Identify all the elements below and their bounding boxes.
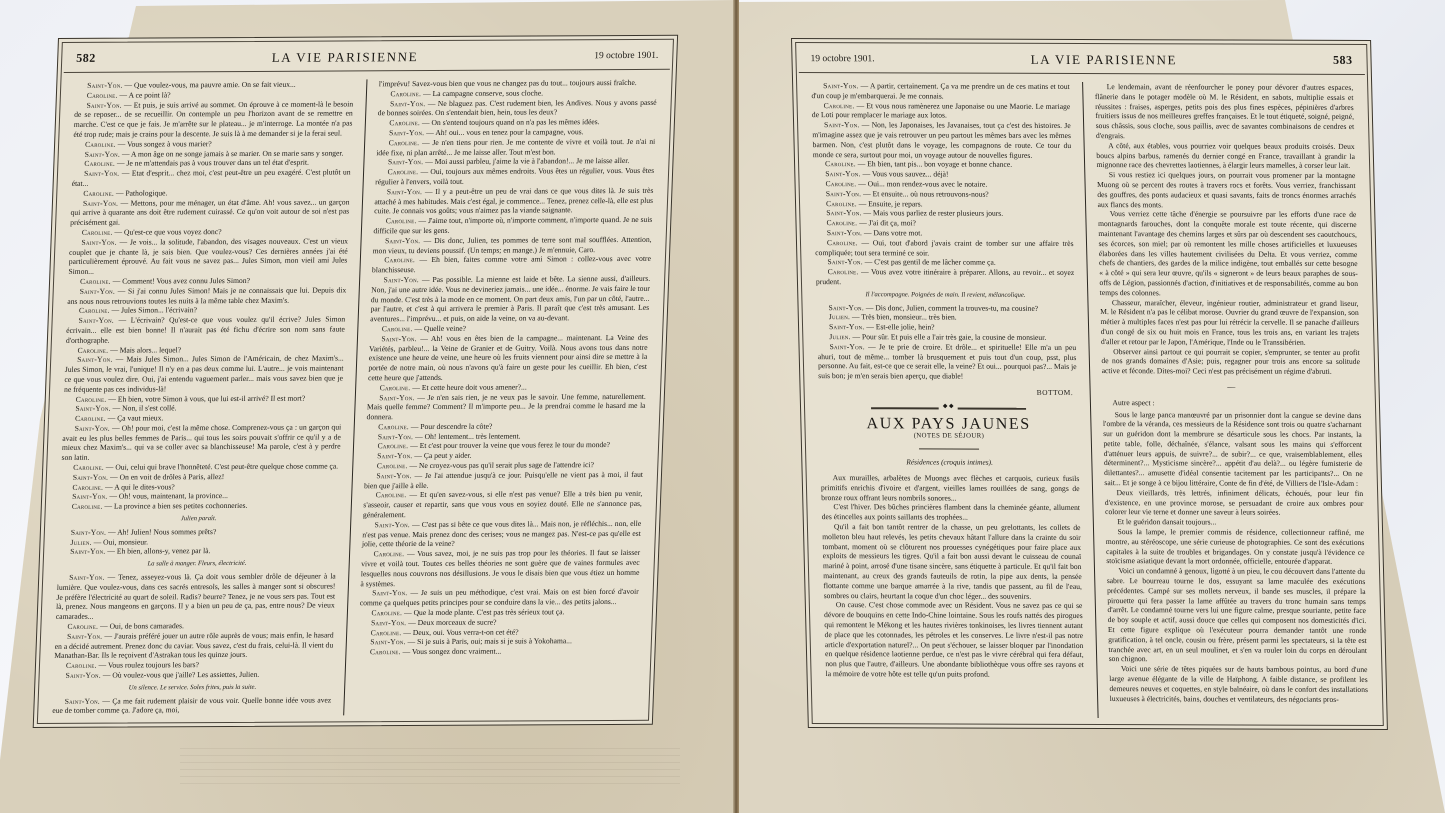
speaker-name: Saint-Yon. [381,334,417,343]
dialogue-line: Caroline. — Oui, tout d'abord j'avais cr… [815,238,1074,258]
dialogue-text: — Pour descendre la côte? [409,422,493,431]
speaker-name: Caroline. [826,199,857,208]
speaker-name: Saint-Yon. [84,169,120,178]
speaker-name: Saint-Yon. [388,157,424,166]
dialogue-text: — Et ensuite... où nous retrouvons-nous? [861,189,989,198]
article-paragraph: Voici une série de têtes piquées sur de … [1109,664,1368,704]
dialogue-line: Caroline. — Eh bien, votre Simon à vous,… [64,393,343,404]
dialogue-text: — Oui, monsieur. [92,537,149,546]
speaker-name: Saint-Yon. [75,424,111,433]
dialogue-text: — A qui le dites-vous? [103,482,175,491]
article-paragraph: Chasseur, maraîcher, éleveur, ingénieur … [1100,298,1360,348]
speaker-name: Saint-Yon. [83,198,119,207]
page-number: 582 [76,51,96,66]
dialogue-text: — Oui, celui qui brave l'honnêteté. C'es… [104,462,338,472]
dialogue-line: Saint-Yon. — Je vois... la solitude, l'a… [68,236,348,277]
dialogue-text: — Je ne m'attendais pas à vous trouver d… [115,158,309,168]
speaker-name: Saint-Yon. [825,169,861,178]
speaker-name: Caroline. [77,345,108,354]
dialogue-line: Saint-Yon. — Dis donc, Julien, tes pomme… [373,235,652,256]
dialogue-line: Saint-Yon. — Je n'en sais rien, je ne ve… [366,391,646,422]
speaker-name: Saint-Yon. [77,355,113,364]
speaker-name: Saint-Yon. [80,286,116,295]
speaker-name: Saint-Yon. [827,257,863,266]
page-number: 583 [1333,53,1353,68]
dialogue-line: Saint-Yon. — Et puis, je suis arrivé au … [73,99,353,140]
speaker-name: Saint-Yon. [827,228,863,237]
article-paragraph: Sous le large panca manœuvré par un pris… [1103,410,1363,489]
dialogue-line: Caroline. — Oui, toujours aux mêmes endr… [375,166,654,187]
dialogue-line: Caroline. — Vous songez donc vraiment... [358,646,637,657]
article-paragraph: Le lendemain, avant de réenfourcher le p… [1095,82,1355,142]
dialogue-text: — Oui, de bons camarades. [98,621,184,630]
dialogue-text: — On en voit de drôles à Paris, allez! [108,472,224,482]
section-dash: — [1102,382,1361,393]
dialogue-text: — Quelle veine? [412,324,466,333]
article-paragraph: Si vous restiez ici quelques jours, on p… [1097,170,1356,210]
dialogue-line: Saint-Yon. — J'aurais préféré jouer un a… [54,630,334,661]
speaker-name: Saint-Yon. [370,637,406,646]
speaker-name: Saint-Yon. [828,303,864,312]
speaker-name: Caroline. [387,167,418,176]
speaker-name: Caroline. [371,628,402,637]
author-signature: BOTTOM. [819,387,1074,398]
dialogue-text: — Moi aussi parbleu, j'aime la vie à l'a… [423,156,629,166]
dialogue-text: — Eh bien, allons-y, venez par là. [105,547,210,557]
dialogue-continuation: Saint-Yon. — A partir, certainement. Ça … [811,81,1077,382]
speaker-name: Caroline. [80,277,111,286]
issue-date: 19 octobre 1901. [594,50,659,60]
speaker-name: Saint-Yon. [78,316,114,325]
dialogue-text: — Oui... mon rendez-vous avec le notaire… [856,179,987,188]
speaker-name: Saint-Yon. [379,393,415,402]
dialogue-line: Caroline. — Vous savez, moi, je ne suis … [360,548,640,589]
speaker-name: Caroline. [79,306,110,315]
speaker-name: Julien. [829,312,850,321]
right-page-frame: 19 octobre 1901. LA VIE PARISIENNE 583 S… [791,38,1388,730]
ornament-rule [871,407,1026,410]
article-paragraph: Deux vieillards, très lettrés, infinimen… [1104,488,1363,518]
dialogue-line: Saint-Yon. — Pas possible. La mienne est… [370,274,650,324]
dialogue-line: Saint-Yon. — Tenez, asseyez-vous là. Ça … [56,571,336,621]
speaker-name: Saint-Yon. [87,81,123,90]
dialogue-text: — Très bien, monsieur... très bien. [850,313,957,322]
dialogue-text: — Ah! Julien! Nous sommes prêts? [106,527,216,537]
speaker-name: Caroline. [825,179,856,188]
speaker-name: Saint-Yon. [829,342,865,351]
left-page-column-2: l'imprévu! Savez-vous bien que vous ne c… [346,78,668,716]
speaker-name: Caroline. [87,90,118,99]
article-subtitle: (NOTES DE SÉJOUR) [820,431,1079,442]
dialogue-line: Saint-Yon. — Je l'ai attendue jusqu'à ce… [364,470,643,491]
speaker-name: Julien. [829,332,850,341]
dialogue-text: — Oh! lentement... très lentement. [413,431,521,441]
speaker-name: Caroline. [382,324,413,333]
article-paragraph: A côté, aux étables, vous pourriez voir … [1096,141,1355,171]
dialogue-line: Caroline. — Et vous nous ramènerez une J… [812,101,1071,121]
article-paragraph: Sous la lampe, le premier commis de rési… [1105,527,1364,567]
speaker-name: Caroline. [76,394,107,403]
dialogue-line: Caroline. — Je n'en tiens pour rien. Je … [376,137,655,158]
dialogue-text: — Mais alors... lequel? [108,345,181,354]
speaker-name: Caroline. [828,267,859,276]
speaker-name: Caroline. [826,218,857,227]
dialogue-text: — Ne croyez-vous pas qu'il serait plus s… [407,460,594,470]
dialogue-text: — Ça vaut mieux. [106,413,164,422]
dialogue-line: Saint-Yon. — Eh bien, allons-y, venez pa… [58,546,337,557]
speaker-name: Saint-Yon. [385,236,421,245]
dialogue-line: Caroline. — Vous avez votre itinéraire à… [816,267,1075,287]
article-paragraph: Vous verriez cette tâche d'énergie se po… [1098,209,1359,298]
masthead: LA VIE PARISIENNE [271,49,418,66]
speaker-name: Saint-Yon. [65,696,101,705]
speaker-name: Saint-Yon. [86,100,122,109]
dialogue-line: Saint-Yon. — Ça me fait rudement plaisir… [52,695,331,716]
speaker-name: Saint-Yon. [73,473,109,482]
dialogue-text: — J'ai dit ça, moi? [857,218,916,227]
dialogue-line: Caroline. — J'aime tout, n'importe où, n… [373,215,652,236]
dialogue-text: — La campagne conserve, sous cloche. [421,88,543,98]
dialogue-line: Caroline. — Et qu'en savez-vous, si elle… [363,489,643,520]
dialogue-text: l'imprévu! Savez-vous bien que vous ne c… [379,78,637,88]
dialogue-line: Saint-Yon. — Je te prie de croire. Et dr… [817,342,1076,382]
article-title: AUX PAYS JAUNES [819,419,1078,430]
dialogue-text: — Eh bien, votre Simon à vous, que lui e… [106,393,305,403]
stage-direction: La salle à manger. Fleurs, électricité. [57,559,336,570]
speaker-name: Saint-Yon. [390,99,426,108]
dialogue-line: Saint-Yon. — Ah! vous en êtes bien de la… [368,333,648,383]
dialogue-line: Saint-Yon. — Mettons, pour me ménager, u… [70,197,350,228]
dialogue-text: — Pathologique. [114,188,168,197]
speaker-name: Saint-Yon. [85,149,121,158]
dialogue-text: — Mais vous parliez de rester plusieurs … [861,209,1003,218]
dialogue-line: Saint-Yon. — Ne blaguez pas. C'est rudem… [378,97,657,118]
dialogue-line: Saint-Yon. — C'est pas si bête ce que vo… [362,519,642,550]
right-page-column-2: Le lendemain, avant de réenfourcher le p… [1085,82,1379,719]
dialogue-line: Caroline. — Eh bien, faites comme votre … [372,254,651,275]
speaker-name: Caroline. [386,216,417,225]
speaker-name: Caroline. [83,188,114,197]
dialogue-text: — On s'entend toujours quand on n'a pas … [420,117,600,127]
speaker-name: Caroline. [84,159,115,168]
speaker-name: Saint-Yon. [70,547,106,556]
dialogue-text: — Deux morceaux de sucre? [406,617,496,626]
speaker-name: Saint-Yon. [383,275,419,284]
speaker-name: Saint-Yon. [72,492,108,501]
aside-label: Autre aspect : [1112,398,1361,409]
dialogue-text: — Vous vous sauvez... déjà! [861,169,949,178]
dialogue-text: — C'est pas gentil de me lâcher comme ça… [863,258,996,267]
speaker-name: Caroline. [825,159,856,168]
dialogue-line: Caroline. — La province a bien ses petit… [60,501,339,512]
speaker-name: Saint-Yon. [81,237,117,246]
section-label: Résidences (croquis intimes). [820,457,1079,468]
dialogue-text: — Que la mode plante. C'est pas très sér… [402,607,565,617]
dialogue-line: Saint-Yon. — Non, les Japonaises, les Ja… [812,120,1071,160]
speaker-name: Caroline. [377,461,408,470]
article-paragraph: C'est l'hiver. Des bûches princières fla… [821,503,1080,523]
title-rule [919,449,979,450]
speaker-name: Saint-Yon. [826,189,862,198]
speaker-name: Caroline. [66,661,97,670]
dialogue-text: — Est-elle jolie, hein? [864,322,934,331]
speaker-name: Caroline. [72,502,103,511]
spine-gutter [733,0,739,813]
speaker-name: Saint-Yon. [389,128,425,137]
speaker-name: Caroline. [371,608,402,617]
article-paragraph: Observer ainsi partout ce qui pourrait s… [1101,347,1360,377]
speaker-name: Caroline. [75,414,106,423]
speaker-name: Caroline. [370,647,401,656]
speaker-name: Caroline. [82,228,113,237]
speaker-name: Caroline. [389,118,420,127]
speaker-name: Caroline. [378,422,409,431]
dialogue-text: — Où voulez-vous que j'aille? Les assiet… [101,670,260,680]
dialogue-text: — Et c'est pour trouver la veine que vou… [408,441,610,451]
dialogue-text: — Qu'est-ce que vous voyez donc? [112,227,221,237]
article-paragraph: Voici un condamné à genoux, ligotté à un… [1106,566,1367,665]
speaker-name: Saint-Yon. [75,404,111,413]
dialogue-line: Saint-Yon. — Oh! pour moi, c'est la même… [61,422,341,463]
stage-direction: Julien paraît. [59,513,338,524]
dialogue-text: — Eh bien, tant pis... bon voyage et bon… [856,160,1012,170]
speaker-name: Caroline. [73,463,104,472]
speaker-name: Caroline. [380,383,411,392]
dialogue-line: Saint-Yon. — Mais Jules Simon... Jules S… [64,354,344,395]
speaker-name: Saint-Yon. [823,81,859,90]
article-body-column-1: Aux murailles, arbalètes de Muongs avec … [821,473,1085,680]
speaker-name: Saint-Yon. [824,120,860,129]
dialogue-text: — Ah! oui... vous en tenez pour la campa… [424,127,584,137]
article-title-block: AUX PAYS JAUNES (NOTES DE SÉJOUR) [819,407,1079,450]
speaker-name: Caroline. [72,482,103,491]
speaker-name: Caroline. [827,238,858,247]
speaker-name: Caroline. [384,255,415,264]
right-page-column-1: Saint-Yon. — A partir, certainement. Ça … [801,81,1095,718]
dialogue-text: — Jules Simon... l'écrivain? [110,306,198,315]
dialogue-line: Saint-Yon. — Où voulez-vous que j'aille?… [53,669,332,680]
dialogue-text: — Non, il s'est collé. [111,404,177,413]
dialogue-text: — Oh! vous, maintenant, la province... [107,491,228,501]
dialogue-text: — Vous roulez toujours les bars? [97,660,200,670]
article-paragraph: Aux murailles, arbalètes de Muongs avec … [821,473,1080,503]
dialogue-text: — Ensuite, je repars. [857,199,923,208]
dialogue-text: — Et cette heure doit vous amener?... [410,382,527,392]
dialogue-text: — A mon âge on ne songe jamais à se mari… [120,148,344,158]
speaker-name: Caroline. [373,549,404,558]
dialogue-line: Saint-Yon. — Si j'ai connu Jules Simon! … [67,285,346,306]
dialogue-text: — Comment! Vous avez connu Jules Simon? [111,276,250,286]
left-page-column-1: Saint-Yon. — Que voulez-vous, ma pauvre … [42,79,364,717]
article-paragraph: Qu'il a fait bon tantôt rentrer de la ch… [822,522,1082,601]
dialogue-text: — Vous songez à vous marier? [116,139,212,149]
article-body-column-2b: Sous le large panca manœuvré par un pris… [1103,410,1369,705]
speaker-name: Saint-Yon. [65,671,101,680]
speaker-name: Saint-Yon. [378,432,414,441]
dialogue-line: Saint-Yon. — Etat d'esprit... chez moi, … [71,168,350,189]
article-paragraph: On cause. C'est chose commode avec un Ré… [824,601,1084,680]
article-body-column-2: Le lendemain, avant de réenfourcher le p… [1095,82,1361,377]
speaker-name: Caroline. [377,442,408,451]
stage-direction: Un silence. Le service. Soles frites, pu… [53,682,332,693]
dialogue-text: — Dis donc, Julien, comment la trouves-t… [864,303,1038,313]
stage-direction: Il l'accompagne. Poignées de main. Il re… [816,290,1075,301]
speaker-name: Saint-Yon. [377,451,413,460]
speaker-name: Saint-Yon. [71,528,107,537]
speaker-name: Caroline. [85,139,116,148]
right-running-head: 19 octobre 1901. LA VIE PARISIENNE 583 [798,45,1365,75]
dialogue-text: — Deux, oui. Vous verra-t-on cet été? [401,627,519,637]
dialogue-line: Saint-Yon. — A partir, certainement. Ça … [811,81,1070,101]
dialogue-text: — La province a bien ses petites cochonn… [102,501,247,511]
speaker-name: Julien. [70,537,92,546]
speaker-name: Caroline. [390,89,421,98]
speaker-name: Saint-Yon. [387,187,423,196]
dialogue-text: — Dans votre mot. [862,228,922,237]
dialogue-text: — Que voulez-vous, ma pauvre amie. On se… [122,80,296,90]
dialogue-text: — Pour sûr. Et puis elle a l'air très ga… [850,332,1046,342]
speaker-name: Saint-Yon. [371,618,407,627]
dialogue-line: Caroline. — Et c'est pour trouver la vei… [365,440,644,451]
speaker-name: Saint-Yon. [376,471,412,480]
dialogue-text: — Si je suis à Paris, oui; mais si je su… [406,637,573,647]
dialogue-text: — Vous songez donc vraiment... [401,647,502,657]
speaker-name: Caroline. [824,101,855,110]
speaker-name: Caroline. [67,622,98,631]
speaker-name: Saint-Yon. [374,520,410,529]
dialogue-line: Saint-Yon. — Je suis un peu méthodique, … [360,587,639,608]
speaker-name: Saint-Yon. [826,208,862,217]
speaker-name: Caroline. [376,491,407,500]
issue-date: 19 octobre 1901. [810,54,874,64]
bleed-through-text [180,748,680,788]
dialogue-line: Saint-Yon. — Il y a peut-être un peu de … [374,186,654,217]
left-page-frame: 582 LA VIE PARISIENNE 19 octobre 1901. S… [33,35,678,728]
dialogue-text: — Ça peut y aider. [412,451,471,460]
speaker-name: Saint-Yon. [67,631,103,640]
speaker-name: Saint-Yon. [829,322,865,331]
left-running-head: 582 LA VIE PARISIENNE 19 octobre 1901. [64,42,671,73]
dialogue-line: Saint-Yon. — L'écrivain? Qu'est-ce que v… [66,315,346,346]
speaker-name: Saint-Yon. [69,573,105,582]
dialogue-text: — A ce point là? [117,90,170,99]
masthead: LA VIE PARISIENNE [1030,51,1177,68]
speaker-name: Caroline. [389,138,420,147]
speaker-name: Saint-Yon. [372,588,408,597]
